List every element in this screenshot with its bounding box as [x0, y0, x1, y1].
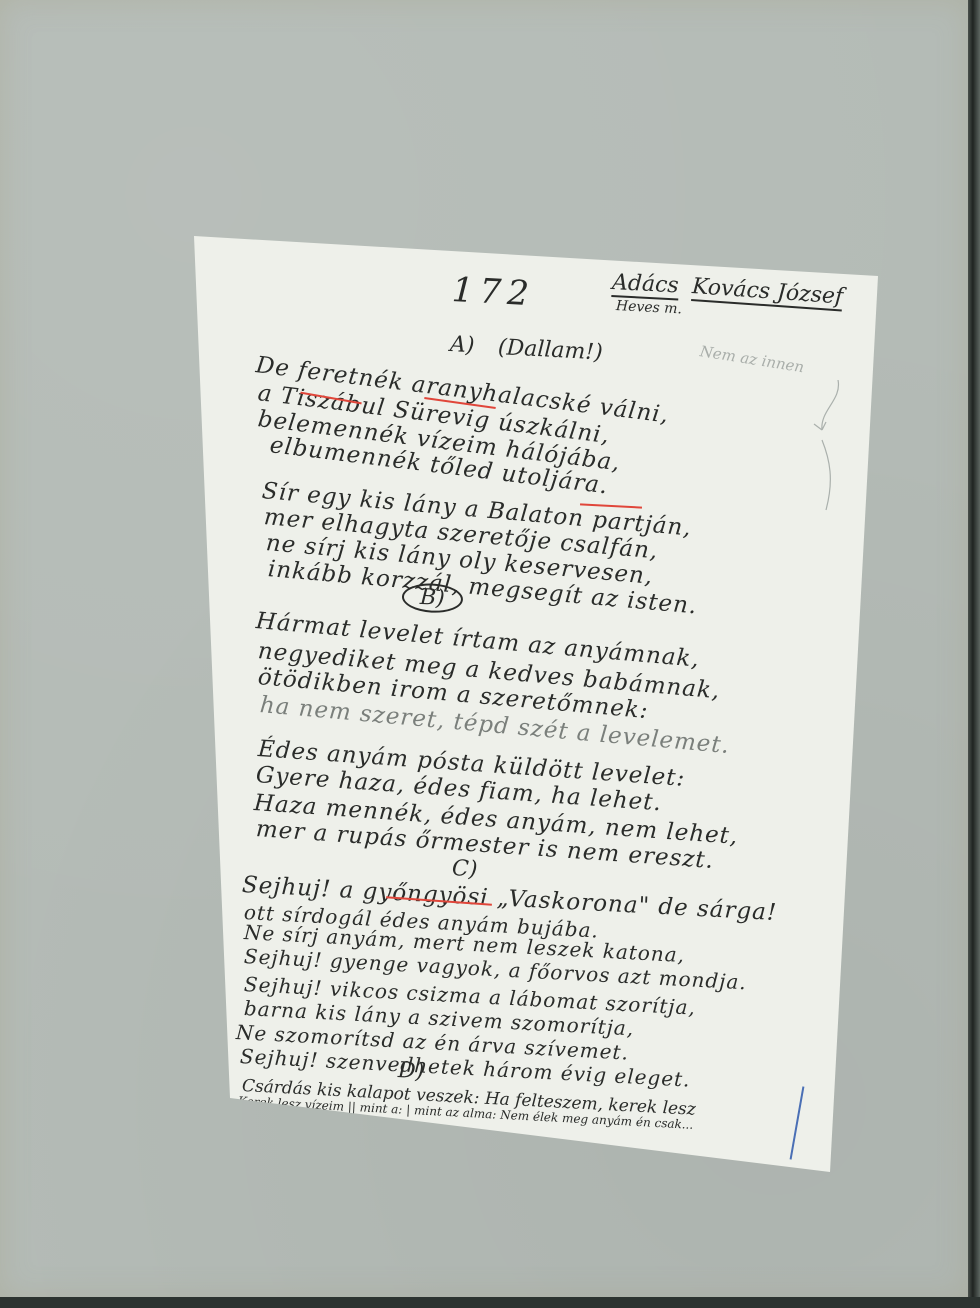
board-bottom-edge	[0, 1297, 980, 1308]
author-county: Heves m.	[616, 298, 683, 317]
pencil-note: Nem az innen	[699, 342, 806, 376]
author-name: Kovács József	[691, 274, 844, 311]
section-d-label: D)	[397, 1058, 425, 1084]
pencil-arrow-icon	[800, 380, 860, 520]
author-village: Adács	[611, 270, 679, 300]
section-a-note: (Dallam!)	[497, 335, 603, 365]
page-number: 172	[451, 270, 536, 314]
section-c-label: C)	[451, 856, 478, 882]
board-right-edge	[968, 0, 980, 1308]
section-a-label: A)	[449, 332, 475, 358]
